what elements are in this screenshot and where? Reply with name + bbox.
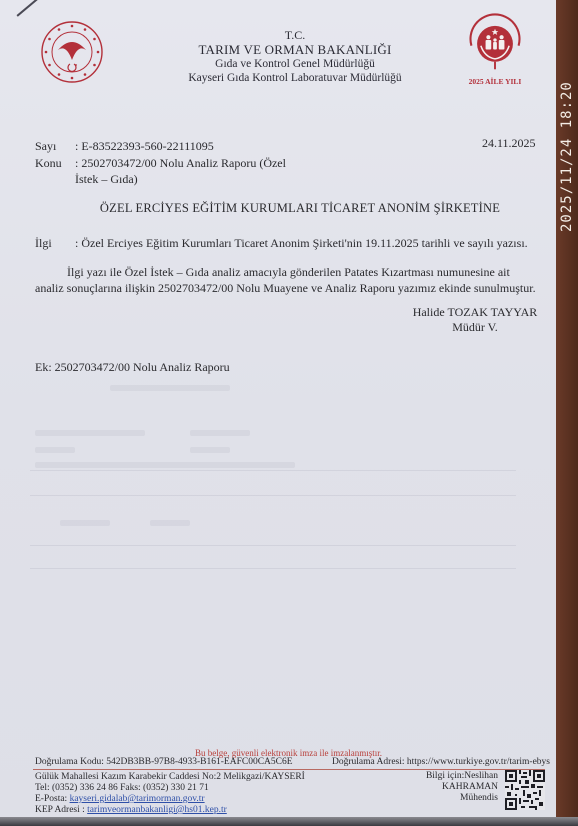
signer-name: Halide TOZAK TAYYAR xyxy=(400,305,550,320)
sayi-row: Sayı: E-83522393-560-22111095 xyxy=(35,138,214,154)
signer-title: Müdür V. xyxy=(400,320,550,335)
contact-person-line3: Mühendis xyxy=(418,793,498,804)
bleed-through-text xyxy=(150,520,190,526)
ilgi-label: İlgi xyxy=(35,236,75,251)
sayi-label: Sayı xyxy=(35,138,75,154)
family-year-logo: 2025 AİLE YILI xyxy=(460,8,530,93)
konu-value-cont: İstek – Gıda) xyxy=(75,172,138,186)
family-year-caption: 2025 AİLE YILI xyxy=(460,77,530,86)
bleed-through-text xyxy=(60,520,110,526)
kep-link[interactable]: tarimveormanbakanligi@hs01.kep.tr xyxy=(87,805,227,815)
body-paragraph: İlgi yazı ile Özel İstek – Gıda analiz a… xyxy=(35,264,540,296)
document-page xyxy=(0,0,556,826)
bleed-through-text xyxy=(35,447,75,453)
signature-block: Halide TOZAK TAYYAR Müdür V. xyxy=(400,305,550,335)
document-date: 24.11.2025 xyxy=(482,136,536,151)
addressee: ÖZEL ERCİYES EĞİTİM KURUMLARI TİCARET AN… xyxy=(60,201,540,216)
bleed-through-line xyxy=(30,495,516,496)
ministry-seal-icon xyxy=(40,20,104,84)
qr-code-icon xyxy=(505,770,545,810)
bleed-through-line xyxy=(30,545,516,546)
bleed-through-line xyxy=(30,568,516,569)
bleed-through-text xyxy=(190,447,230,453)
ilgi-value: : Özel Erciyes Eğitim Kurumları Ticaret … xyxy=(75,236,528,250)
family-year-icon xyxy=(460,8,530,74)
konu-value: : 2502703472/00 Nolu Analiz Raporu (Özel xyxy=(75,156,286,170)
bleed-through-text xyxy=(35,462,295,468)
verification-code: Doğrulama Kodu: 542DB3BB-97B8-4933-B161-… xyxy=(35,757,293,767)
konu-row: Konu: 2502703472/00 Nolu Analiz Raporu (… xyxy=(35,155,286,187)
sayi-value: : E-83522393-560-22111095 xyxy=(75,139,214,153)
contact-person-line1: Bilgi için:Neslihan xyxy=(418,771,498,782)
contact-person-line2: KAHRAMAN xyxy=(418,782,498,793)
bleed-through-text xyxy=(190,430,250,436)
verification-address[interactable]: Doğrulama Adresi: https://www.turkiye.go… xyxy=(332,757,550,767)
letterhead-lab: Kayseri Gıda Kontrol Laboratuvar Müdürlü… xyxy=(150,71,440,85)
letterhead-tc: T.C. xyxy=(150,28,440,42)
email-link[interactable]: kayseri.gidalab@tarimorman.gov.tr xyxy=(70,794,205,804)
email-label: E-Posta: xyxy=(35,794,70,804)
timestamp-stamp: 2025/11/24 18:20 xyxy=(559,2,575,232)
konu-label: Konu xyxy=(35,155,75,171)
attachment-line: Ek: 2502703472/00 Nolu Analiz Raporu xyxy=(35,360,230,375)
letterhead-ministry: TARIM VE ORMAN BAKANLIĞI xyxy=(150,42,440,57)
verification-row: Doğrulama Kodu: 542DB3BB-97B8-4933-B161-… xyxy=(35,757,550,767)
contact-person: Bilgi için:Neslihan KAHRAMAN Mühendis xyxy=(418,771,498,804)
bleed-through-line xyxy=(30,470,516,471)
photo-bottom-edge xyxy=(0,817,578,826)
kep-label: KEP Adresi : xyxy=(35,805,87,815)
ilgi-row: İlgi: Özel Erciyes Eğitim Kurumları Tica… xyxy=(35,236,528,251)
bleed-through-text xyxy=(110,385,230,391)
bleed-through-text xyxy=(35,430,145,436)
contact-block: Gülük Mahallesi Kazım Karabekir Caddesi … xyxy=(35,772,305,816)
photo-edge-strip: 2025/11/24 18:20 xyxy=(556,0,578,826)
postal-address: Gülük Mahallesi Kazım Karabekir Caddesi … xyxy=(35,772,305,783)
letterhead: T.C. TARIM VE ORMAN BAKANLIĞI Gıda ve Ko… xyxy=(150,28,440,85)
footer-divider xyxy=(33,769,545,770)
phone-fax: Tel: (0352) 336 24 86 Faks: (0352) 330 2… xyxy=(35,783,305,794)
letterhead-directorate: Gıda ve Kontrol Genel Müdürlüğü xyxy=(150,57,440,71)
